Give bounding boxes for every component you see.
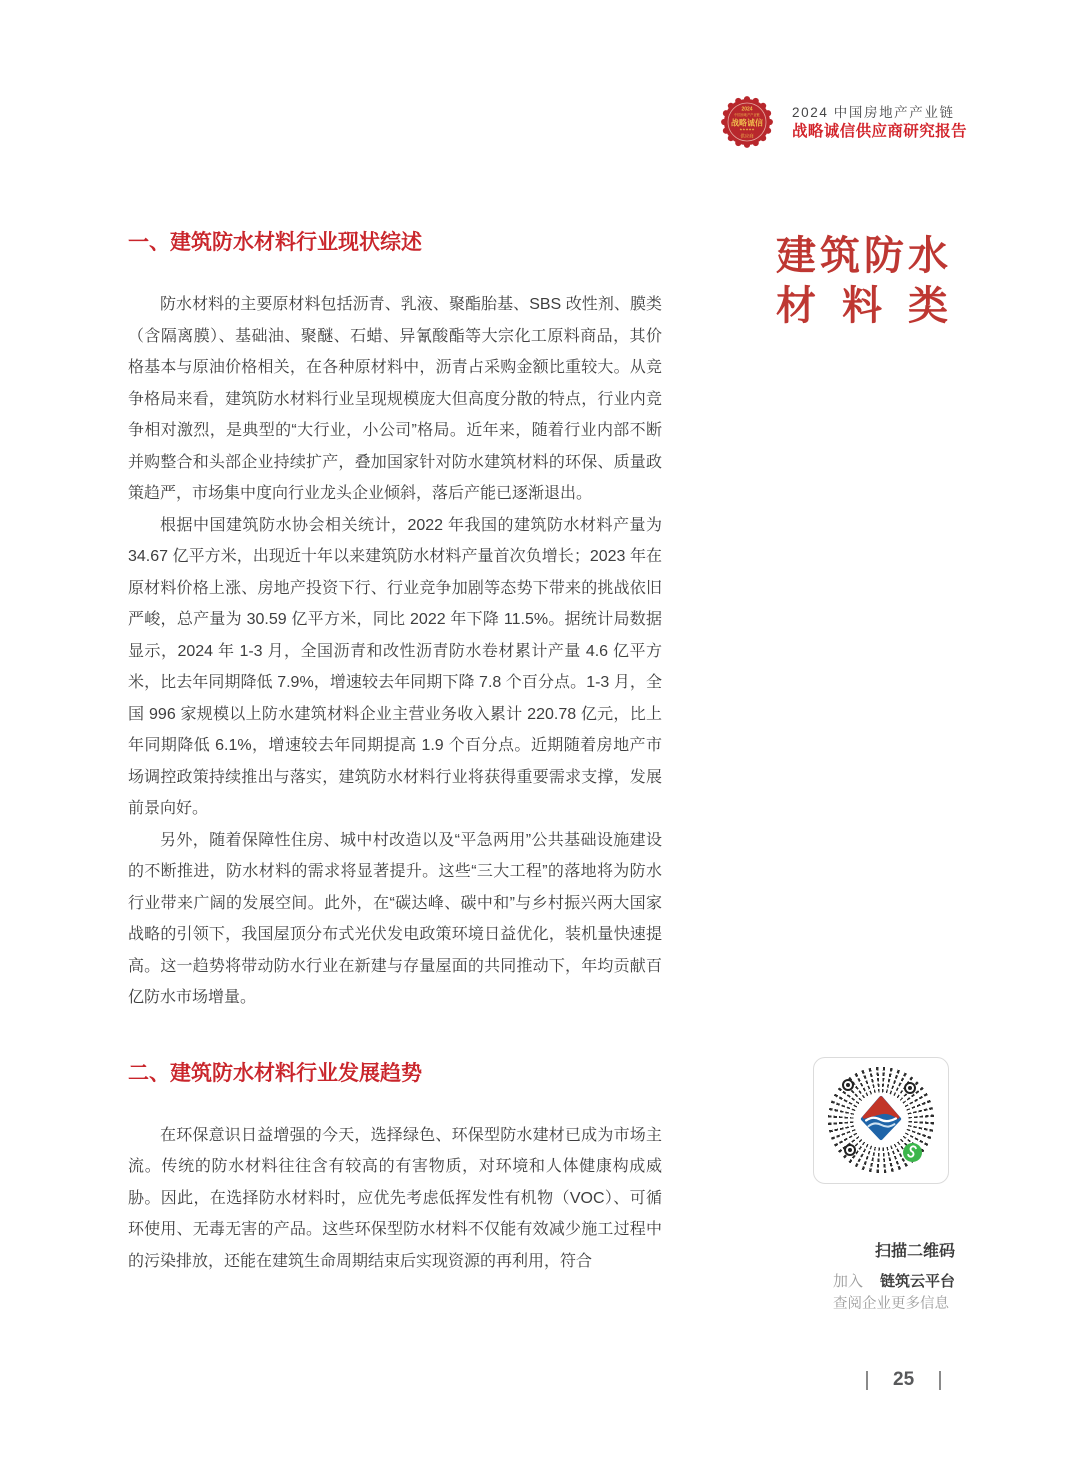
- qr-caption: 扫描二维码: [875, 1238, 955, 1261]
- seal-arc-text: 中国房地产产业链: [734, 112, 760, 117]
- qr-platform-name: 链筑云平台: [880, 1273, 955, 1290]
- qr-subtext: 查阅企业更多信息: [833, 1292, 949, 1313]
- seal-stars: ★★★★★: [739, 128, 754, 132]
- seal-bottom-text: 供应商: [740, 133, 754, 140]
- category-title-line2: 材 料 类: [776, 281, 948, 331]
- qr-join-prefix: 加入: [833, 1273, 863, 1290]
- section-1-paragraph-3: 另外，随着保障性住房、城中村改造以及“平急两用”公共基础设施建设的不断推进，防水…: [128, 825, 662, 1014]
- seal-script-text: 战略诚信: [731, 118, 763, 128]
- footer-rule: [939, 1371, 941, 1390]
- page-number: 25: [893, 1369, 914, 1391]
- section-1-heading: 一、建筑防水材料行业现状综述: [128, 228, 662, 258]
- footer-rule: [866, 1371, 868, 1390]
- qr-eye-icon: [844, 1144, 856, 1156]
- seal-year: 2024: [741, 107, 752, 113]
- lianzhu-cloud-logo-icon: [859, 1095, 903, 1141]
- report-name: 战略诚信供应商研究报告: [792, 119, 967, 141]
- qr-eye-icon: [842, 1079, 854, 1091]
- section-1-paragraph-2: 根据中国建筑防水协会相关统计，2022 年我国的建筑防水材料产量为 34.67 …: [128, 510, 662, 825]
- report-series-title: 2024 中国房地产产业链: [792, 101, 955, 121]
- qr-code-card: [813, 1057, 949, 1184]
- category-title-line1: 建筑防水: [776, 231, 948, 281]
- category-title: 建筑防水 材 料 类: [776, 231, 948, 331]
- section-2-heading: 二、建筑防水材料行业发展趋势: [128, 1059, 662, 1089]
- report-page: 2024 中国房地产产业链 战略诚信 ★★★★★ 供应商 2024 中国房地产产…: [0, 0, 1070, 1459]
- wechat-mini-program-icon: [903, 1143, 922, 1162]
- strategic-integrity-seal-icon: 2024 中国房地产产业链 战略诚信 ★★★★★ 供应商: [721, 96, 773, 148]
- page-number-block: 25: [866, 1369, 941, 1391]
- article-body: 一、建筑防水材料行业现状综述 防水材料的主要原材料包括沥青、乳液、聚酯胎基、SB…: [128, 228, 662, 1277]
- qr-join-line: 加入链筑云平台: [833, 1270, 955, 1291]
- qr-eye-icon: [904, 1082, 916, 1094]
- section-2-paragraph-1: 在环保意识日益增强的今天，选择绿色、环保型防水建材已成为市场主流。传统的防水材料…: [128, 1120, 662, 1278]
- section-1-paragraph-1: 防水材料的主要原材料包括沥青、乳液、聚酯胎基、SBS 改性剂、膜类（含隔离膜）、…: [128, 289, 662, 510]
